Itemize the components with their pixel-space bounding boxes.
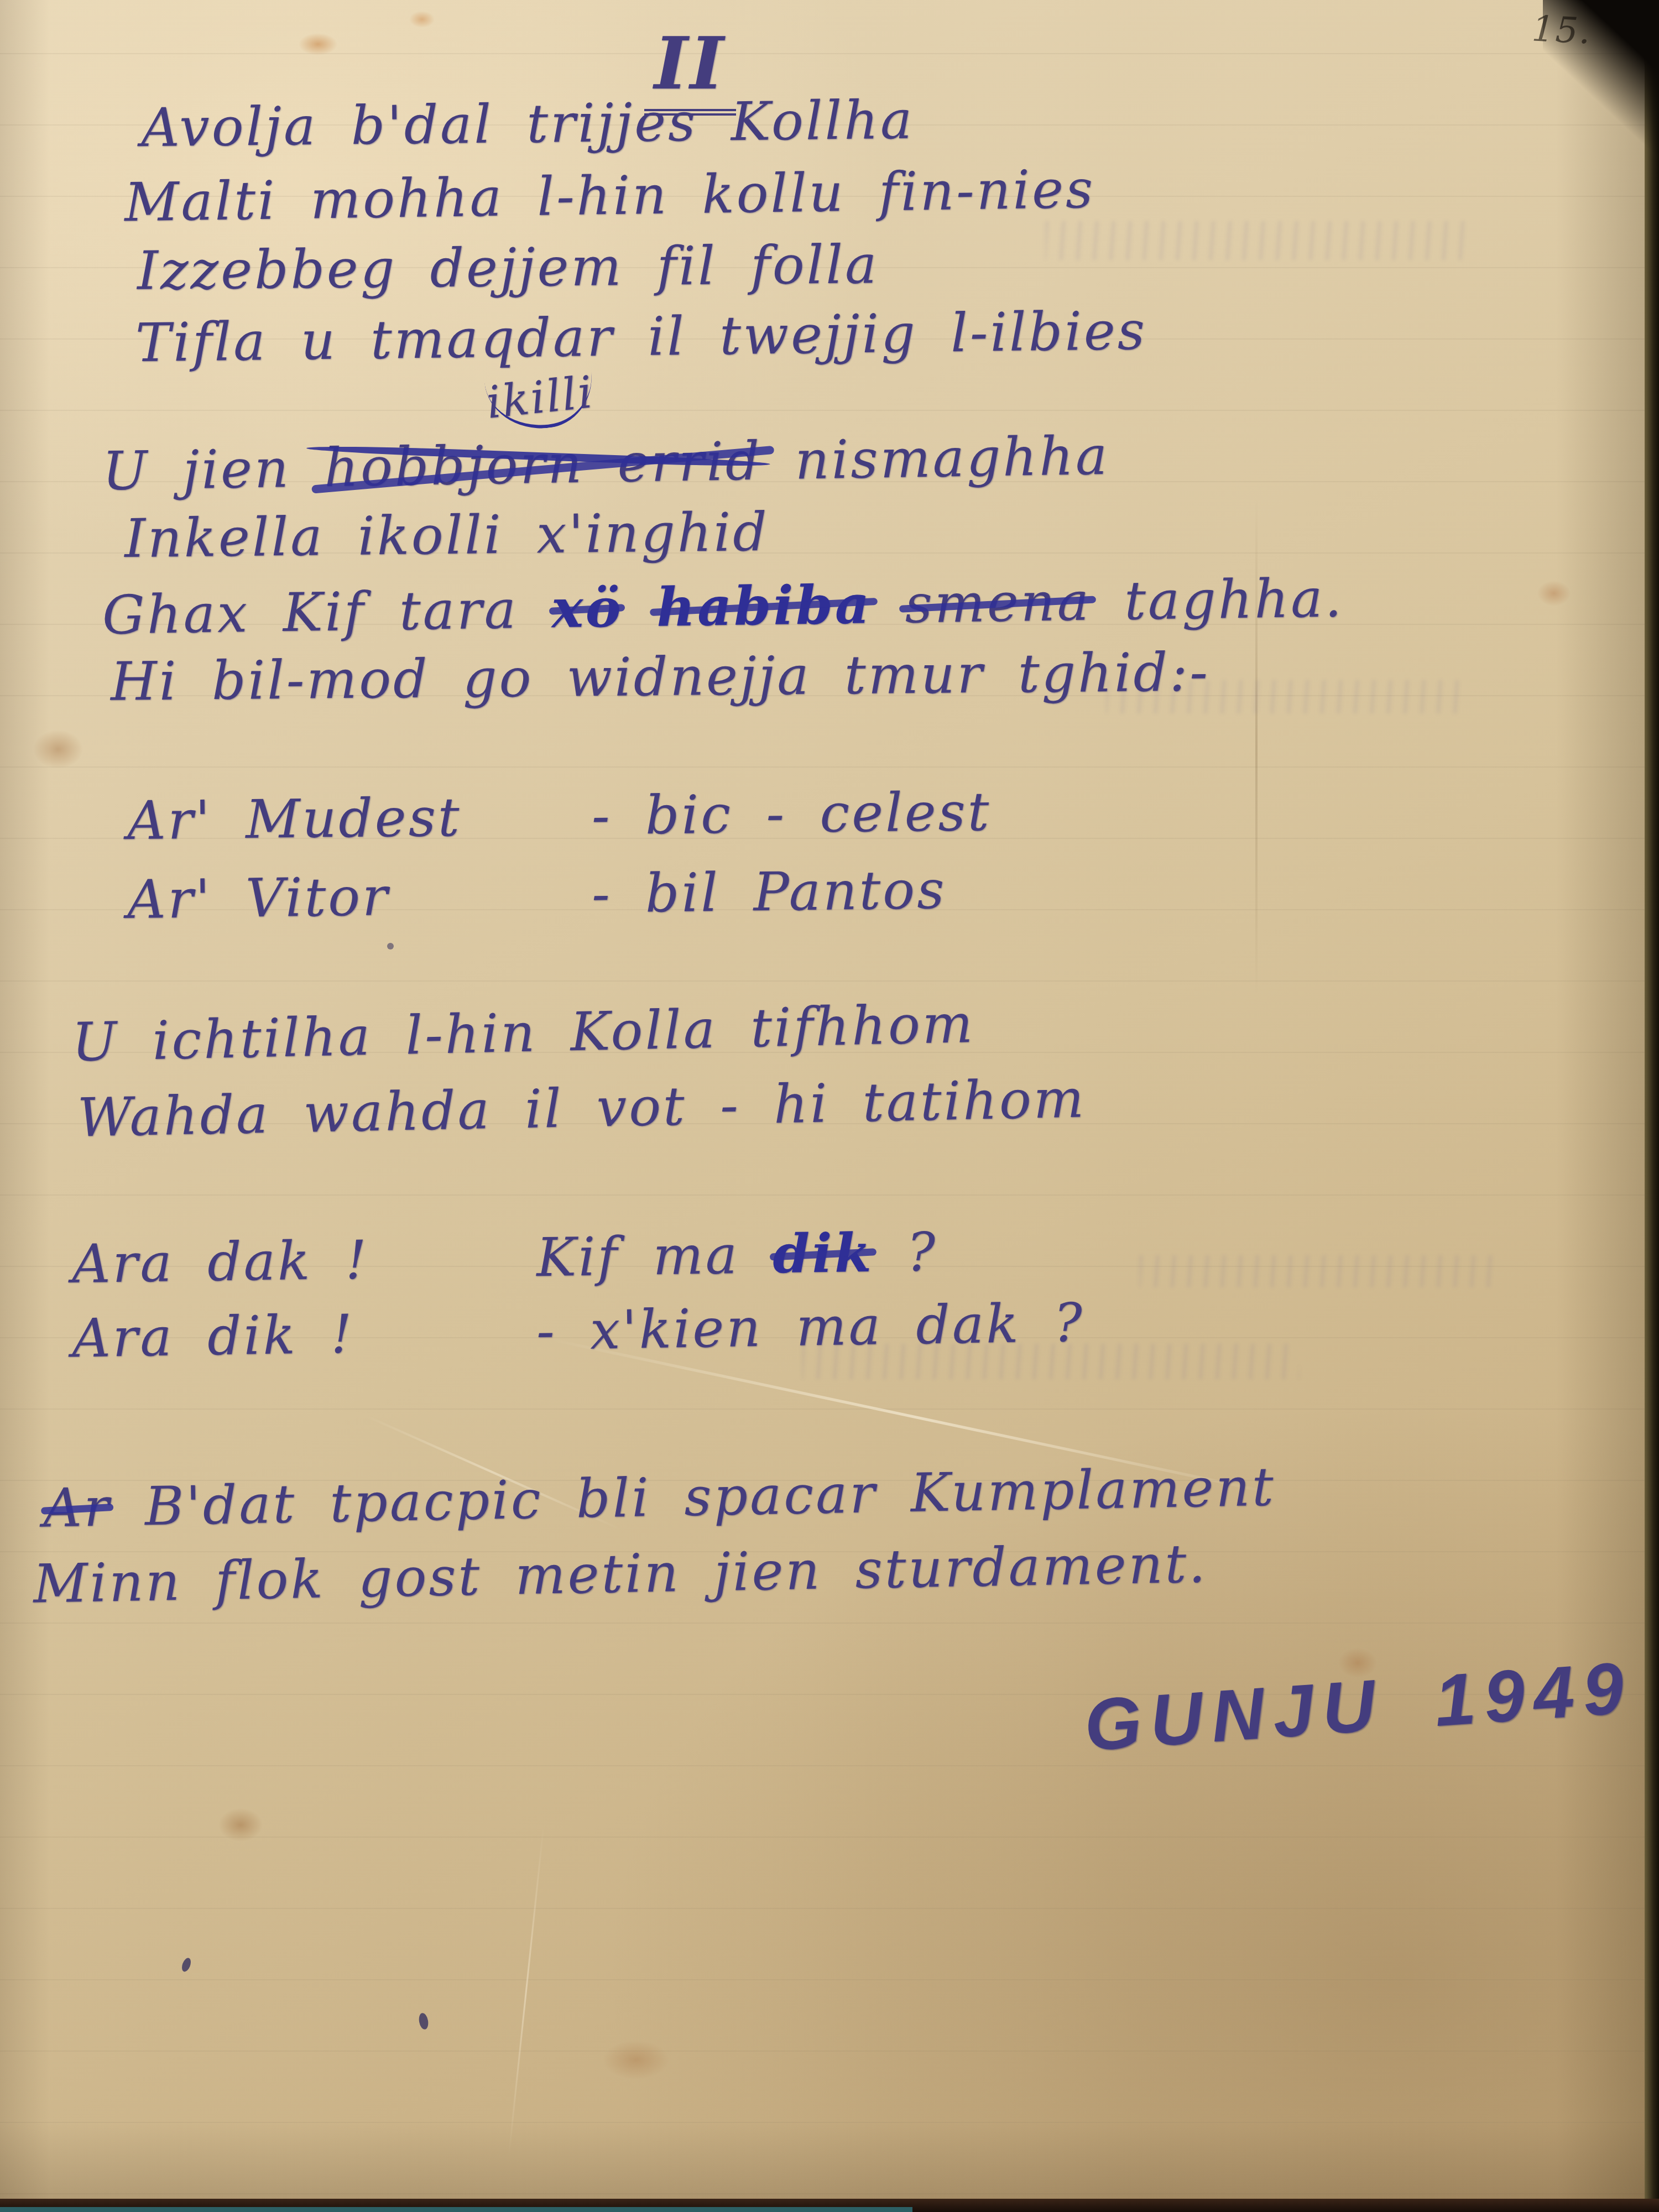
poem-line: U ichtilha l-hin Kolla tifhhom xyxy=(71,993,975,1073)
poem-line: U jien hobbjorn errid nismaghha xyxy=(102,425,1110,503)
poem-line: Avolja b'dal trijjes Kollha xyxy=(140,89,914,159)
struck-text: xö xyxy=(551,577,624,640)
line-text: nismaghha xyxy=(761,425,1110,492)
poem-line: Inkella ikolli x'inghid xyxy=(124,501,769,570)
overwritten-text: dik xyxy=(772,1222,874,1286)
line-text: - bil Pantos xyxy=(591,859,947,925)
struck-text: Ar xyxy=(43,1476,112,1539)
poem-line: Wahda wahda il vot - hi tatihom xyxy=(77,1068,1087,1149)
handwriting-layer: 15. II Avolja b'dal trijjes Kollha Malti… xyxy=(0,0,1659,2212)
line-text: Ar' Vitor xyxy=(127,863,592,931)
poem-line: Ar' Vitor- bil Pantos xyxy=(127,859,947,931)
poem-line: Ara dik !- x'kien ma dak ? xyxy=(71,1292,1085,1370)
line-text: - bic - celest xyxy=(591,781,991,847)
line-text: ? xyxy=(873,1221,938,1284)
page-edge xyxy=(1645,0,1659,2212)
poem-line: Ara dak !Kif ma dik ? xyxy=(71,1220,938,1295)
dark-background-corner xyxy=(1543,0,1659,166)
poem-line: Ar' Mudest- bic - celest xyxy=(127,781,991,852)
line-text: Ar' Mudest xyxy=(127,785,592,852)
poem-line: Izzebbeg dejjem fil folla xyxy=(137,233,879,302)
line-text xyxy=(871,573,905,635)
line-text: Kif ma xyxy=(536,1223,773,1288)
poem-line: Ghax Kif tara xö habiba smena taghha. xyxy=(102,566,1344,646)
line-text xyxy=(623,577,657,639)
poem-line: Minn flok gost metin jien sturdament. xyxy=(33,1532,1208,1615)
book-cover-strip xyxy=(0,2207,912,2212)
line-text: - x'kien ma dak ? xyxy=(536,1292,1085,1363)
line-text: Ara dik ! xyxy=(71,1300,537,1369)
poem-line: Malti mohha l-hin kollu fin-nies xyxy=(124,158,1095,233)
struck-text: hobbjorn errid xyxy=(324,430,762,499)
date-stamp: GUNJU 1949 xyxy=(1082,1646,1635,1767)
line-text: B'dat tpacpic bli spacar Kumplament xyxy=(111,1456,1276,1538)
poem-line: Ar B'dat tpacpic bli spacar Kumplament xyxy=(43,1456,1276,1540)
line-text: Ghax Kif tara xyxy=(102,578,552,646)
poem-line: Tifla u tmaqdar il twejjig l-ilbies xyxy=(135,300,1147,374)
line-text: taghha. xyxy=(1091,567,1344,632)
line-text: U jien xyxy=(102,437,325,502)
manuscript-photo: 15. II Avolja b'dal trijjes Kollha Malti… xyxy=(0,0,1659,2212)
poem-line: Hi bil-mod go widnejja tmur tghid:- xyxy=(111,641,1211,712)
struck-text: smena xyxy=(905,571,1092,635)
inserted-word: ikilli xyxy=(484,366,597,434)
overwritten-text: habiba xyxy=(656,573,872,638)
line-text: Ara dak ! xyxy=(71,1227,536,1295)
